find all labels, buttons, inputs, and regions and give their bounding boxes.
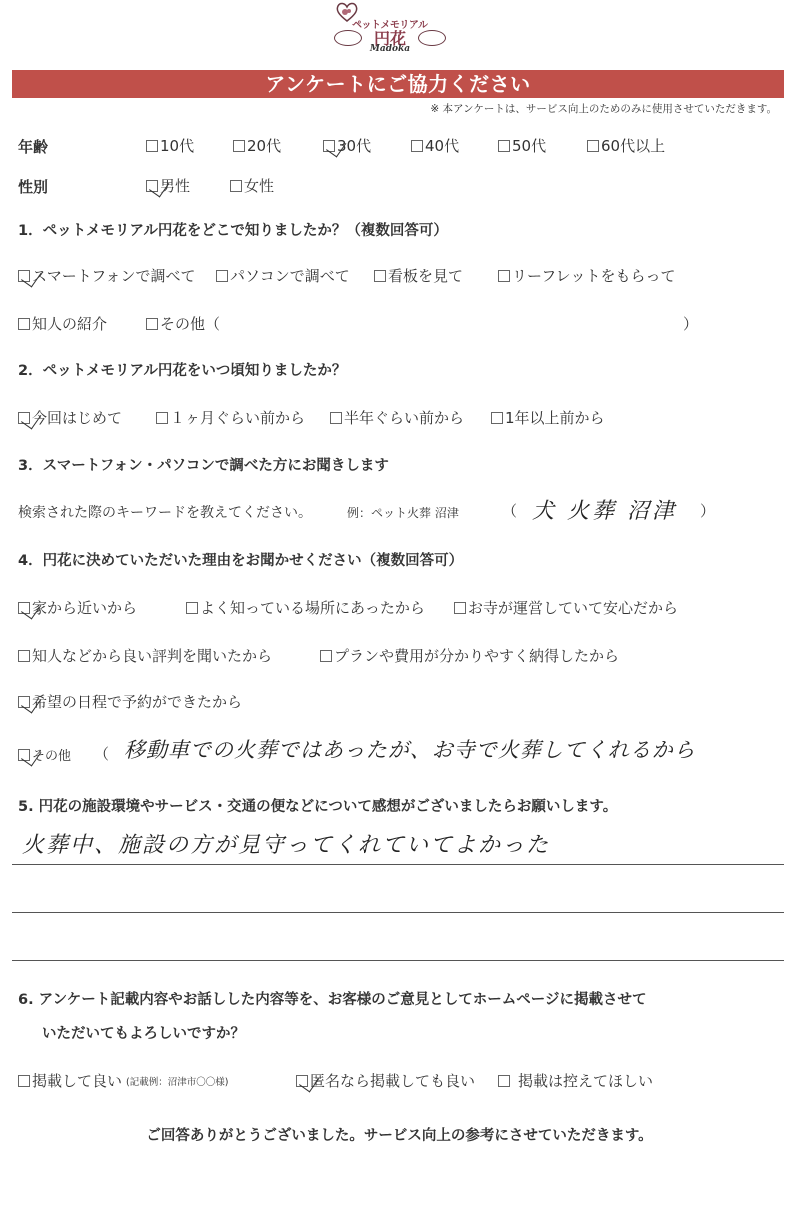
q4-option-temple-run[interactable]: お寺が運営していて安心だから <box>454 597 678 618</box>
checkbox-checked[interactable] <box>323 140 335 152</box>
checkbox-checked[interactable] <box>18 749 30 761</box>
checkbox[interactable] <box>374 270 386 282</box>
q6-option-anonymous[interactable]: 匿名なら掲載しても良い <box>296 1070 475 1091</box>
checkbox-checked[interactable] <box>18 412 30 424</box>
age-option-20s[interactable]: 20代 <box>233 135 281 156</box>
q3-example: 例：ペット火葬 沼津 <box>347 504 459 521</box>
q4-other-answer[interactable]: 移動車での火葬ではあったが、お寺で火葬してくれるから <box>124 734 696 764</box>
checkbox[interactable] <box>498 1075 510 1087</box>
checkbox[interactable] <box>216 270 228 282</box>
checkbox[interactable] <box>18 1075 30 1087</box>
checkbox[interactable] <box>156 412 168 424</box>
q4-option-other[interactable]: その他 <box>18 745 71 764</box>
checkbox[interactable] <box>233 140 245 152</box>
q1-other-close-paren: ） <box>683 313 698 334</box>
q5-title: 5. 円花の施設環境やサービス・交通の便などについて感想がございましたらお願いし… <box>18 795 617 816</box>
checkbox-checked[interactable] <box>18 270 30 282</box>
q3-keyword-answer[interactable]: 犬 火葬 沼津 <box>532 494 677 525</box>
q4-option-clear-pricing[interactable]: プランや費用が分かりやすく納得したから <box>320 645 619 666</box>
q1-option-signboard[interactable]: 看板を見て <box>374 265 463 286</box>
q5-answer-rule-3 <box>12 960 784 961</box>
checkbox-checked[interactable] <box>18 696 30 708</box>
checkbox[interactable] <box>146 140 158 152</box>
q2-option-1-year-plus[interactable]: 1年以上前から <box>491 407 605 428</box>
checkbox[interactable] <box>454 602 466 614</box>
q3-open-paren: （ <box>502 500 517 521</box>
age-option-60s-plus[interactable]: 60代以上 <box>587 135 665 156</box>
thank-you-message: ご回答ありがとうございました。サービス向上の参考にさせていただきます。 <box>0 1124 799 1145</box>
checkbox[interactable] <box>320 650 332 662</box>
checkbox[interactable] <box>186 602 198 614</box>
q1-other-input[interactable] <box>240 313 660 333</box>
q1-option-other[interactable]: その他（ <box>146 313 220 334</box>
checkbox[interactable] <box>587 140 599 152</box>
age-option-40s[interactable]: 40代 <box>411 135 459 156</box>
q1-option-leaflet[interactable]: リーフレットをもらって <box>498 265 676 286</box>
age-label: 年齢 <box>18 136 48 157</box>
checkbox[interactable] <box>498 270 510 282</box>
checkbox[interactable] <box>230 180 242 192</box>
checkbox[interactable] <box>146 318 158 330</box>
gender-label: 性別 <box>18 176 48 197</box>
q4-option-known-place[interactable]: よく知っている場所にあったから <box>186 597 425 618</box>
q5-answer-rule-2 <box>12 912 784 913</box>
usage-note: ※ 本アンケートは、サービス向上のためのみに使用させていただきます。 <box>430 101 777 116</box>
checkbox-checked[interactable] <box>146 180 158 192</box>
q4-option-preferred-schedule[interactable]: 希望の日程で予約ができたから <box>18 691 242 712</box>
q3-prompt: 検索された際のキーワードを教えてください。 <box>18 502 312 522</box>
q5-answer-rule-1 <box>12 864 784 865</box>
checkbox[interactable] <box>411 140 423 152</box>
survey-banner: アンケートにご協力ください <box>12 70 784 98</box>
q2-option-first-time[interactable]: 今回はじめて <box>18 407 122 428</box>
gender-option-male[interactable]: 男性 <box>146 175 190 196</box>
age-option-30s[interactable]: 30代 <box>323 135 371 156</box>
q6-option-allow[interactable]: 掲載して良い(記載例：沼津市〇〇様) <box>18 1070 228 1091</box>
checkbox[interactable] <box>18 318 30 330</box>
q3-close-paren: ） <box>700 500 715 521</box>
q2-option-1-month[interactable]: １ヶ月ぐらい前から <box>156 407 305 428</box>
q1-option-referral[interactable]: 知人の紹介 <box>18 313 107 334</box>
checkbox[interactable] <box>498 140 510 152</box>
q2-title: 2．ペットメモリアル円花をいつ頃知りましたか？ <box>18 359 346 380</box>
age-option-10s[interactable]: 10代 <box>146 135 194 156</box>
q1-title: 1．ペットメモリアル円花をどこで知りましたか？（複数回答可） <box>18 219 448 240</box>
q6-option-allow-note: (記載例：沼津市〇〇様) <box>126 1074 228 1088</box>
q4-other-open-paren: （ <box>94 743 109 764</box>
q6-title-line-1: 6. アンケート記載内容やお話しした内容等を、お客様のご意見としてホームページに… <box>18 988 646 1009</box>
checkbox[interactable] <box>330 412 342 424</box>
checkbox-checked[interactable] <box>18 602 30 614</box>
gender-option-female[interactable]: 女性 <box>230 175 274 196</box>
q2-option-half-year[interactable]: 半年ぐらい前から <box>330 407 464 428</box>
q6-title-line-2: いただいてもよろしいですか？ <box>42 1022 245 1043</box>
logo-brand-sub: Madoka <box>330 44 450 54</box>
checkbox[interactable] <box>491 412 503 424</box>
q1-option-smartphone[interactable]: スマートフォンで調べて <box>18 265 196 286</box>
q5-answer-line-1[interactable]: 火葬中、施設の方が見守ってくれていてよかった <box>22 828 550 859</box>
q3-title: 3．スマートフォン・パソコンで調べた方にお聞きします <box>18 454 389 475</box>
checkbox-checked[interactable] <box>296 1075 308 1087</box>
q4-title: 4．円花に決めていただいた理由をお聞かせください（複数回答可） <box>18 549 463 570</box>
logo: ペットメモリアル 円花 Madoka <box>330 2 450 58</box>
q4-option-good-reputation[interactable]: 知人などから良い評判を聞いたから <box>18 645 272 666</box>
q4-option-near-home[interactable]: 家から近いから <box>18 597 137 618</box>
checkbox[interactable] <box>18 650 30 662</box>
q6-option-decline[interactable]: 掲載は控えてほしい <box>498 1070 653 1091</box>
age-option-50s[interactable]: 50代 <box>498 135 546 156</box>
q1-option-pc[interactable]: パソコンで調べて <box>216 265 350 286</box>
